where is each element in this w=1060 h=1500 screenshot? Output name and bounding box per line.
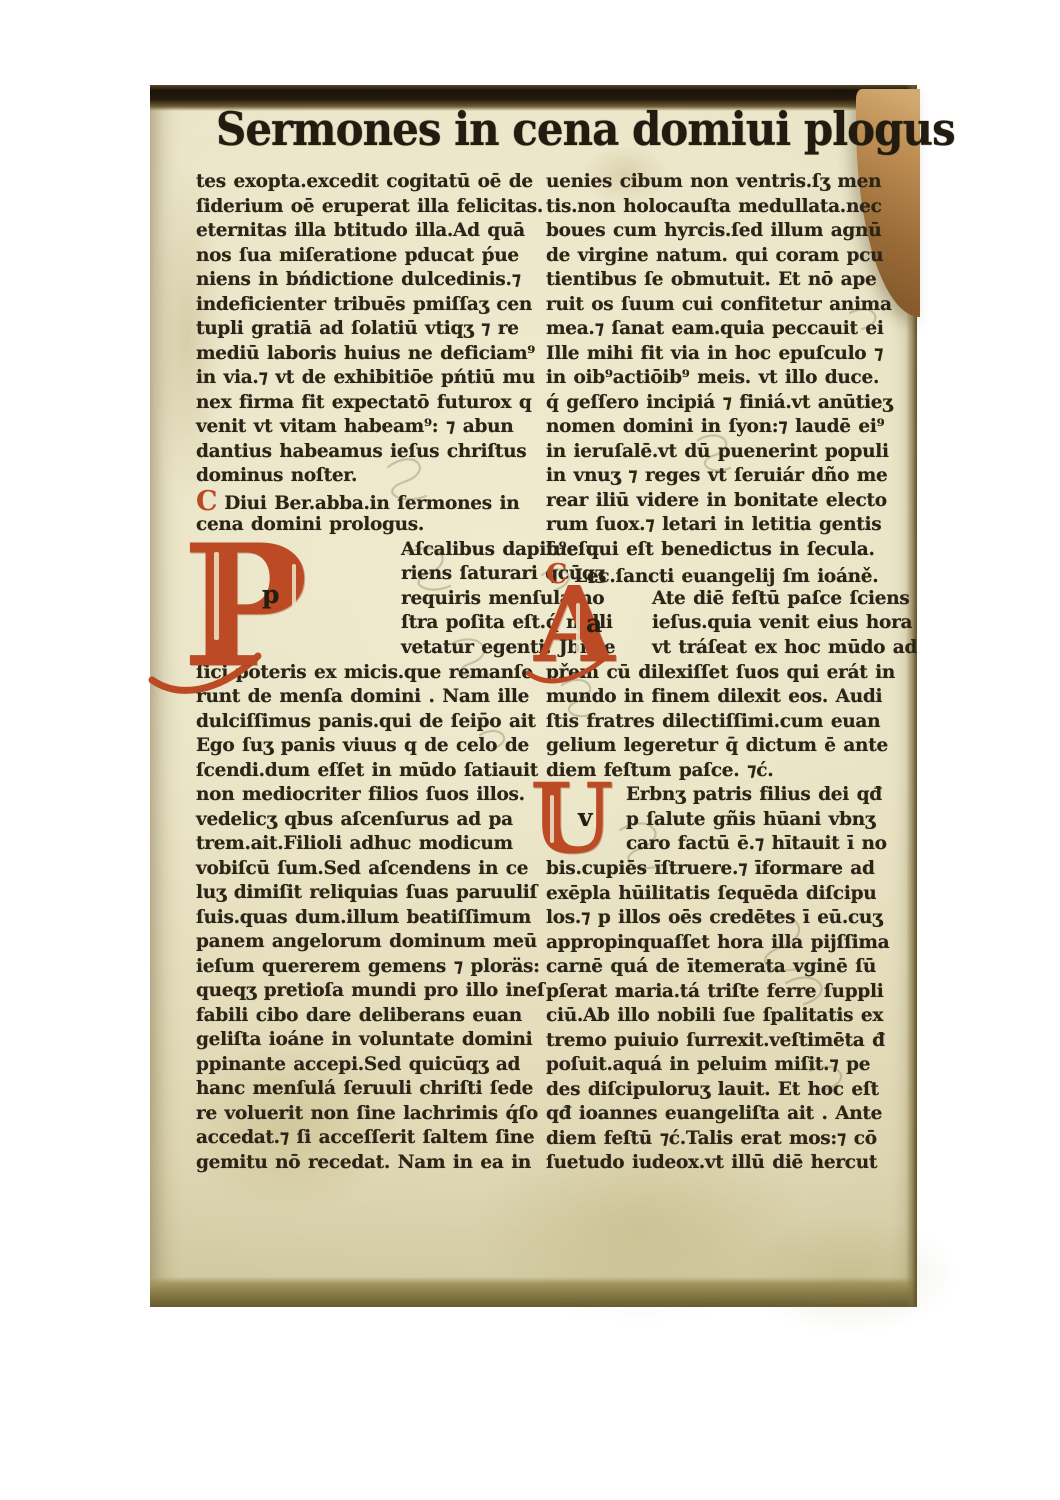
text-line: rum ſuox.⁊ letari in letitia gentis bbox=[546, 513, 898, 538]
text-line: tremo puiuio ſurrexit.veſtimēta đ bbox=[546, 1029, 898, 1054]
initial-section-a: A a Ate diē feſtū paſce ſciensieſus.quia… bbox=[546, 587, 898, 661]
text-line: ſuis.quas dum.illum beatiſſimum bbox=[196, 906, 540, 931]
initial-stripe bbox=[214, 552, 219, 640]
text-line: ieſum quererem gemens ⁊ ploräs: bbox=[196, 955, 540, 980]
text-line: de virgine natum. qui coram pcu bbox=[546, 244, 898, 269]
text-line: venit vt vitam habeam⁹: ⁊ abun bbox=[196, 415, 540, 440]
text-line: requiris menſula no bbox=[401, 587, 540, 612]
text-line: in ieruſalē.vt dū puenerint populi bbox=[546, 440, 898, 465]
text-line: tientibus ſe obmutuit. Et nō ape bbox=[546, 268, 898, 293]
text-line: appropinquaſſet hora illa pijſſima bbox=[546, 931, 898, 956]
initial-section-v: U v Erbnʒ patris filius dei qđp ſalute g… bbox=[546, 783, 898, 857]
paragraph: bis.cupiēs īſtruere.⁊ īformare adexēpla … bbox=[546, 857, 898, 1176]
page-title: Sermones in cena domiui plogus bbox=[216, 103, 906, 156]
text-line: vobiſcū ſum.Sed aſcendens in ce bbox=[196, 857, 540, 882]
guide-letter: v bbox=[578, 805, 592, 830]
guide-letter: p bbox=[262, 582, 279, 607]
text-line: ciū.Ab illo nobili ſue ſpalitatis ex bbox=[546, 1004, 898, 1029]
text-line: in oib⁹actiōib⁹ meis. vt illo duce. bbox=[546, 366, 898, 391]
lombardic-initial-p: P bbox=[182, 522, 308, 690]
guide-letter: a bbox=[586, 611, 602, 636]
text-line: trem.ait.Filioli adhuc modicum bbox=[196, 832, 540, 857]
text-line: tupli gratiā ad ſolatiū vtiqʒ ⁊ re bbox=[196, 317, 540, 342]
text-line: Ate diē feſtū paſce ſciens bbox=[652, 587, 898, 612]
text-line: des diſcipuloruʒ lauit. Et hoc eſt bbox=[546, 1078, 898, 1103]
text-line: poſuit.aquá in peluim miſit.⁊ pe bbox=[546, 1053, 898, 1078]
text-line: Erbnʒ patris filius dei qđ bbox=[626, 783, 898, 808]
text-line: Ego ſuʒ panis viuus q de celo de bbox=[196, 734, 540, 759]
text-line: exēpla hūilitatis ſequēda diſcipu bbox=[546, 882, 898, 907]
text-line: nos ſua miſeratione pducat ṕue bbox=[196, 244, 540, 269]
text-line: rear iliū videre in bonitate electo bbox=[546, 489, 898, 514]
text-line: diem feſtū ⁊ć.Talis erat mos:⁊ cō bbox=[546, 1127, 898, 1152]
text-line: dantius habeamus ieſus chriſtus bbox=[196, 440, 540, 465]
text-line: riens ſaturari qcūqʒ bbox=[401, 562, 540, 587]
text-line: vedelicʒ qbus aſcenſurus ad pa bbox=[196, 808, 540, 833]
text-line: indeficienter tribuēs pmiſſaʒ cen bbox=[196, 293, 540, 318]
paragraph: uenies cibum non ventris.ſʒ mentis.non h… bbox=[546, 170, 898, 562]
paragraph: ſici poteris ex micis.que remanſerunt de… bbox=[196, 661, 540, 1176]
initial-section-p: P p Aſcalibus dapib⁹eſuriens ſaturari qc… bbox=[196, 538, 540, 661]
text-line: caro factū ē.⁊ hītauit ī no bbox=[626, 832, 898, 857]
text-line: fabili cibo dare deliberans euan bbox=[196, 1004, 540, 1029]
text-line: ſcendi.dum eſſet in mūdo ſatiauit bbox=[196, 759, 540, 784]
rubric-text: Lec.ſancti euangelij ſm ioáně. bbox=[574, 566, 878, 587]
text-line: ppinante accepi.Sed quicūqʒ ad bbox=[196, 1053, 540, 1078]
text-line: carnē quá de ītemerata vginē ſū bbox=[546, 955, 898, 980]
paragraph: Aſcalibus dapib⁹eſuriens ſaturari qcūqʒr… bbox=[401, 538, 540, 661]
text-line: ſue qui eſt benedictus in ſecula. bbox=[546, 538, 898, 563]
initial-stripe bbox=[292, 564, 296, 610]
photo-background: { "document": { "header_title": "Sermone… bbox=[0, 0, 1060, 1500]
text-line: nomen domini in ſyon:⁊ laudē ei⁹ bbox=[546, 415, 898, 440]
text-line: ſuetudo iudeox.vt illū diē hercut bbox=[546, 1151, 898, 1176]
text-line: accedat.⁊ ſi acceſſerit ſaltem ſine bbox=[196, 1126, 540, 1151]
initial-stripe bbox=[550, 795, 554, 843]
text-line: panem angelorum dominum meū bbox=[196, 930, 540, 955]
text-line: dulciſſimus panis.qui de ſeip̄o ait bbox=[196, 710, 540, 735]
text-line: mea.⁊ ſanat eam.quia peccauit ei bbox=[546, 317, 898, 342]
text-line: hanc menſulá ſeruuli chriſti ſede bbox=[196, 1077, 540, 1102]
text-line: gemitu nō recedat. Nam in ea in bbox=[196, 1151, 540, 1176]
text-line: pſerat maria.tá triſte ferre ſuppli bbox=[546, 980, 898, 1005]
text-line: ruit os ſuum cui confitetur anima bbox=[546, 293, 898, 318]
paragraph: Erbnʒ patris filius dei qđp ſalute gñis … bbox=[626, 783, 898, 857]
text-line: q́ geſſero incipiá ⁊ finiá.vt anūtieʒ bbox=[546, 391, 898, 416]
text-line: geliſta ioáne in voluntate domini bbox=[196, 1028, 540, 1053]
text-line: in vnuʒ ⁊ reges vt ſeruiár dño me bbox=[546, 464, 898, 489]
text-line: tis.non holocauſta medullata.nec bbox=[546, 195, 898, 220]
text-line: luʒ dimiſit reliquias ſuas paruuliſ bbox=[196, 881, 540, 906]
text-line: niens in bńdictione dulcedinis.⁊ bbox=[196, 268, 540, 293]
text-line: vt tráſeat ex hoc mūdo ad bbox=[652, 636, 898, 661]
text-line: nex firma fit expectatō futurox q bbox=[196, 391, 540, 416]
paragraph: Ate diē feſtū paſce ſciensieſus.quia ven… bbox=[652, 587, 898, 661]
text-line: ſtra poſita eſt.q́ nulli bbox=[401, 611, 540, 636]
text-line: boues cum hyrcis.ſed illum agnū bbox=[546, 219, 898, 244]
text-line: in via.⁊ vt de exhibitiōe pńtiū mu bbox=[196, 366, 540, 391]
lombardic-initial-v: U bbox=[530, 771, 613, 867]
book-page: Sermones in cena domiui plogus tes exopt… bbox=[150, 85, 917, 1307]
text-line: Aſcalibus dapib⁹eſu bbox=[401, 538, 540, 563]
text-line: re voluerit non ſine lachrimis q́ſo bbox=[196, 1102, 540, 1127]
right-column: uenies cibum non ventris.ſʒ mentis.non h… bbox=[546, 170, 898, 1176]
text-line: gelium legeretur q̄ dictum ē ante bbox=[546, 734, 898, 759]
text-line: ſtis fratres dilectiſſimi.cum euan bbox=[546, 710, 898, 735]
text-line: ieſus.quia venit eius hora bbox=[652, 611, 898, 636]
text-line: ſiderium oē eruperat illa felicitas. bbox=[196, 195, 540, 220]
text-line: non mediocriter filios ſuos illos. bbox=[196, 783, 540, 808]
text-line: mediū laboris huius ne deficiam⁹ bbox=[196, 342, 540, 367]
text-line: qđ ioannes euangeliſta ait . Ante bbox=[546, 1102, 898, 1127]
text-line: Ille mihi fit via in hoc epuſculo ⁊ bbox=[546, 342, 898, 367]
text-line: vetatur egenti. Jbi re bbox=[401, 636, 540, 661]
paragraph: tes exopta.excedit cogitatū oē deſideriu… bbox=[196, 170, 540, 489]
text-line: los.⁊ p illos oēs credētes ī eū.cuʒ bbox=[546, 906, 898, 931]
initial-stripe bbox=[576, 603, 580, 655]
text-line: mundo in finem dilexit eos. Audi bbox=[546, 685, 898, 710]
text-line: eternitas illa btitudo illa.Ad quā bbox=[196, 219, 540, 244]
text-line: uenies cibum non ventris.ſʒ men bbox=[546, 170, 898, 195]
text-line: tes exopta.excedit cogitatū oē de bbox=[196, 170, 540, 195]
text-line: p ſalute gñis hūani vbnʒ bbox=[626, 808, 898, 833]
left-column: tes exopta.excedit cogitatū oē deſideriu… bbox=[196, 170, 540, 1175]
text-line: queqʒ pretioſa mundi pro illo ineſ bbox=[196, 979, 540, 1004]
text-line: dominus noſter. bbox=[196, 464, 540, 489]
lombardic-initial-a: A bbox=[534, 573, 614, 677]
